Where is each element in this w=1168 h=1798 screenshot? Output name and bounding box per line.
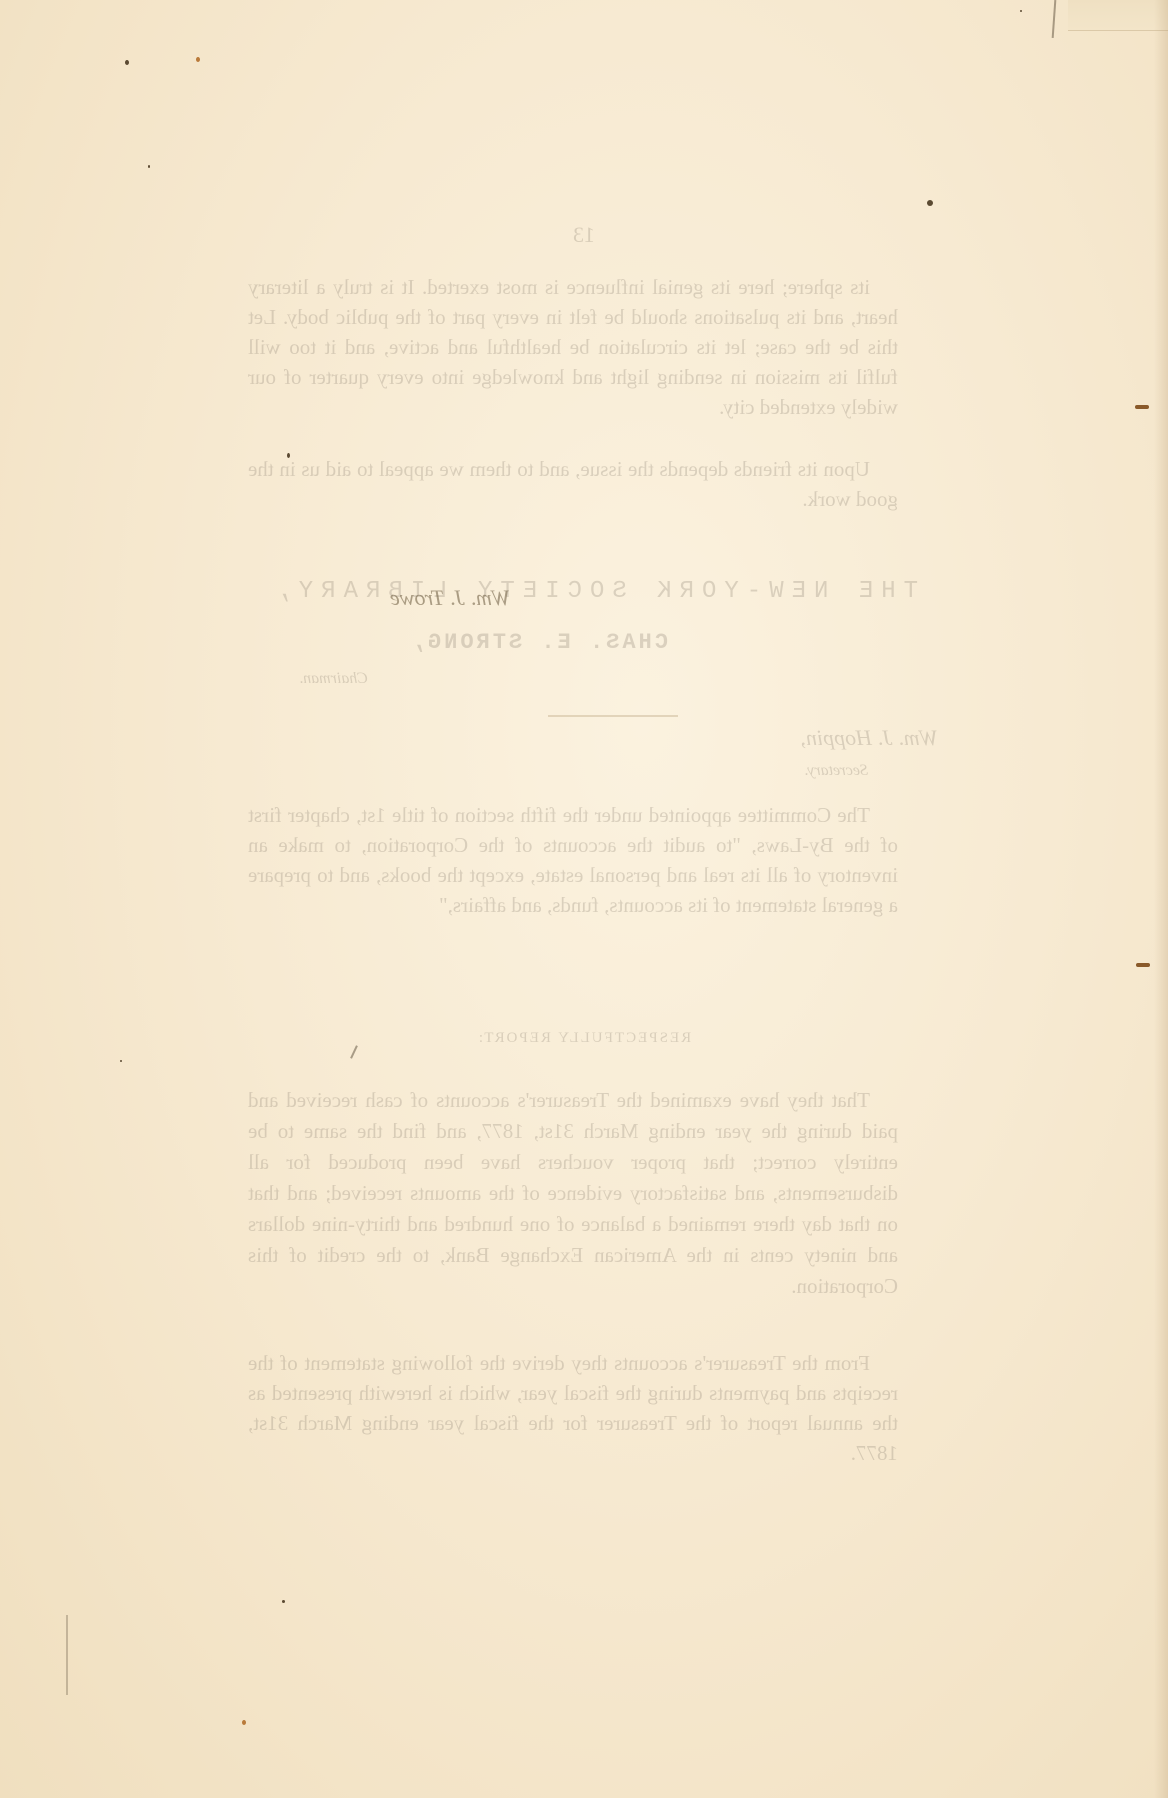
library-heading: THE NEW-YORK SOCIETY LIBRARY,	[218, 578, 918, 605]
edge-tear	[1136, 963, 1150, 967]
chairman-title: Chairman.	[299, 670, 368, 688]
paper-mark	[66, 1615, 68, 1695]
divider-rule	[548, 715, 678, 717]
ink-speck	[282, 1600, 285, 1603]
ink-speck	[120, 1060, 122, 1062]
ink-speck	[927, 200, 933, 206]
ink-speck	[148, 165, 150, 168]
rust-speck	[196, 57, 200, 62]
ink-speck	[287, 453, 290, 458]
paragraph-2: Upon its friends depends the issue, and …	[248, 454, 898, 514]
document-page: 13 its sphere; here its genial influence…	[0, 0, 1168, 1798]
secretary-name: Wm. J. Hoppin,	[801, 725, 938, 751]
mirrored-show-through-text: 13 its sphere; here its genial influence…	[0, 0, 1168, 1798]
rust-speck	[242, 1720, 246, 1725]
secretary-title: Secretary.	[804, 762, 868, 780]
report-subheading: RESPECTFULLY REPORT:	[0, 1030, 1168, 1047]
paragraph-4: That they have examined the Treasurer's …	[248, 1085, 898, 1302]
paragraph-3: The Committee appointed under the fifth …	[248, 800, 898, 920]
ink-speck	[1020, 10, 1022, 12]
ink-speck	[125, 60, 129, 65]
paragraph-1: its sphere; here its genial influence is…	[248, 272, 898, 422]
edge-tear	[1135, 405, 1149, 409]
chairman-name: CHAS. E. STRONG,	[409, 630, 668, 655]
paragraph-5: From the Treasurer's accounts they deriv…	[248, 1348, 898, 1468]
page-number: 13	[0, 222, 1168, 248]
handwritten-overlay: Wm. J. Trowe	[390, 585, 510, 611]
